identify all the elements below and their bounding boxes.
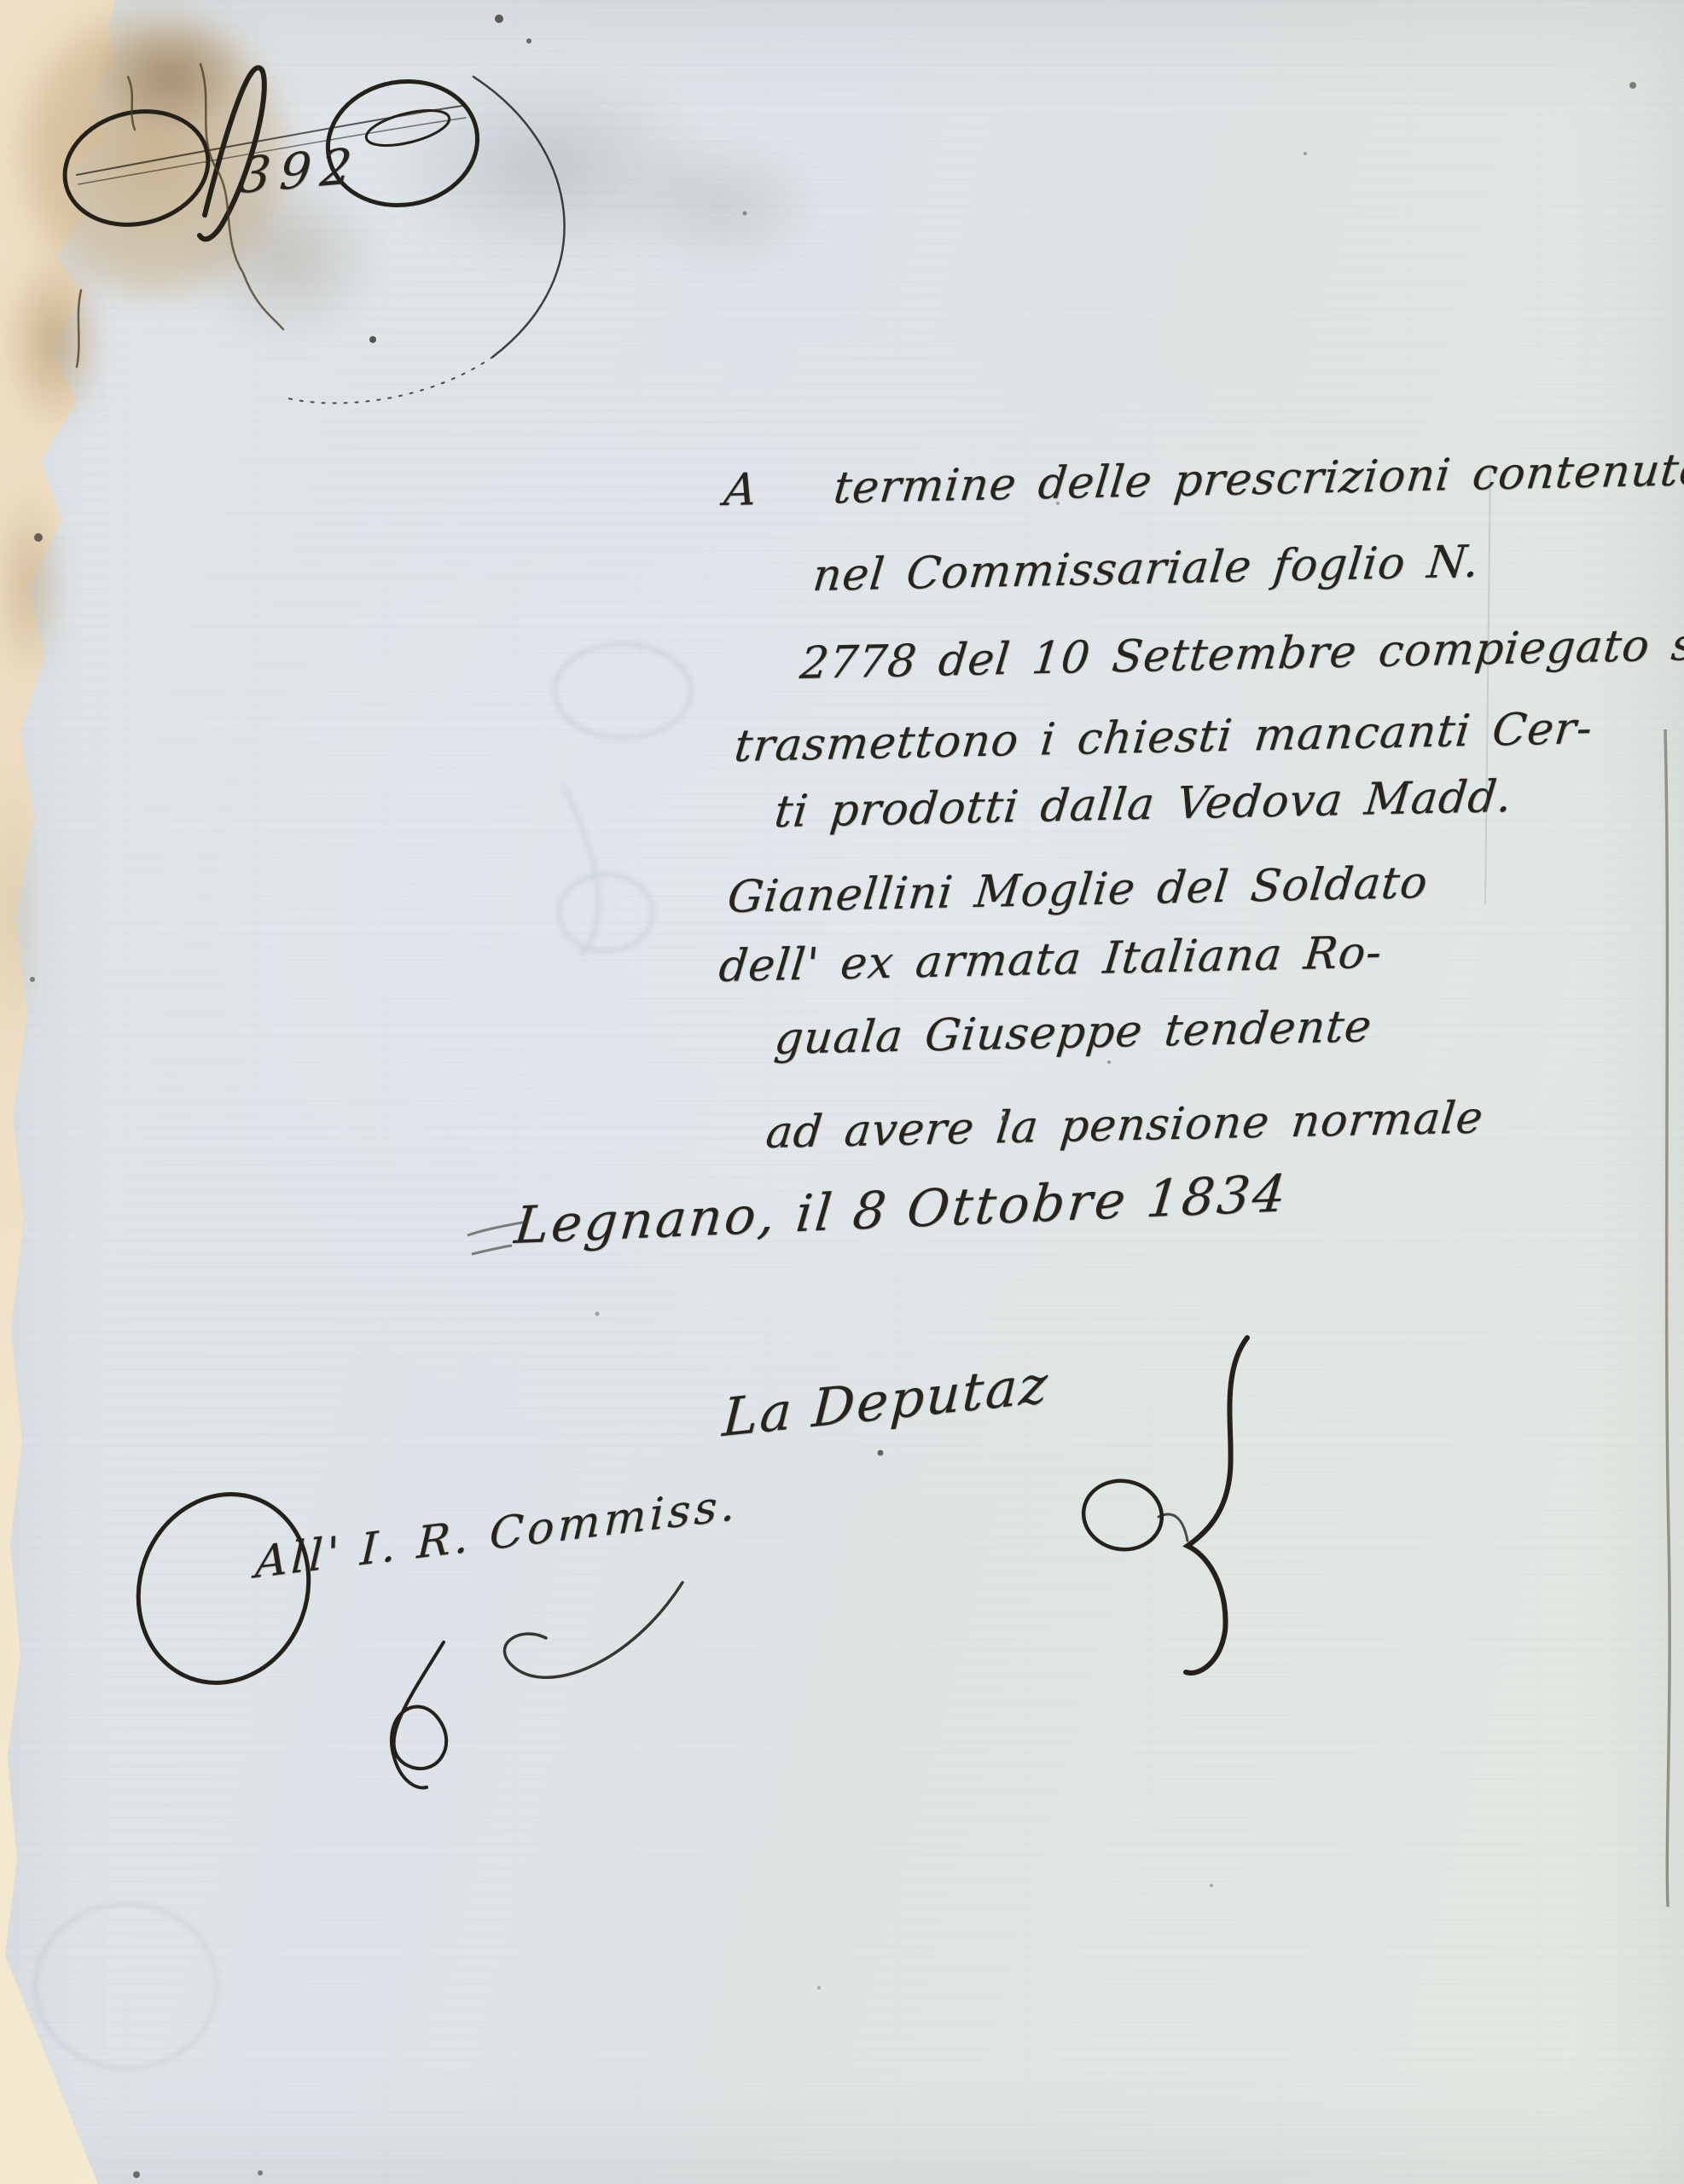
- scanned-letter-page: { "document": { "reference": { "monogram…: [0, 0, 1684, 2184]
- document-paper: [0, 0, 1684, 2184]
- reference-number: 392: [237, 136, 363, 205]
